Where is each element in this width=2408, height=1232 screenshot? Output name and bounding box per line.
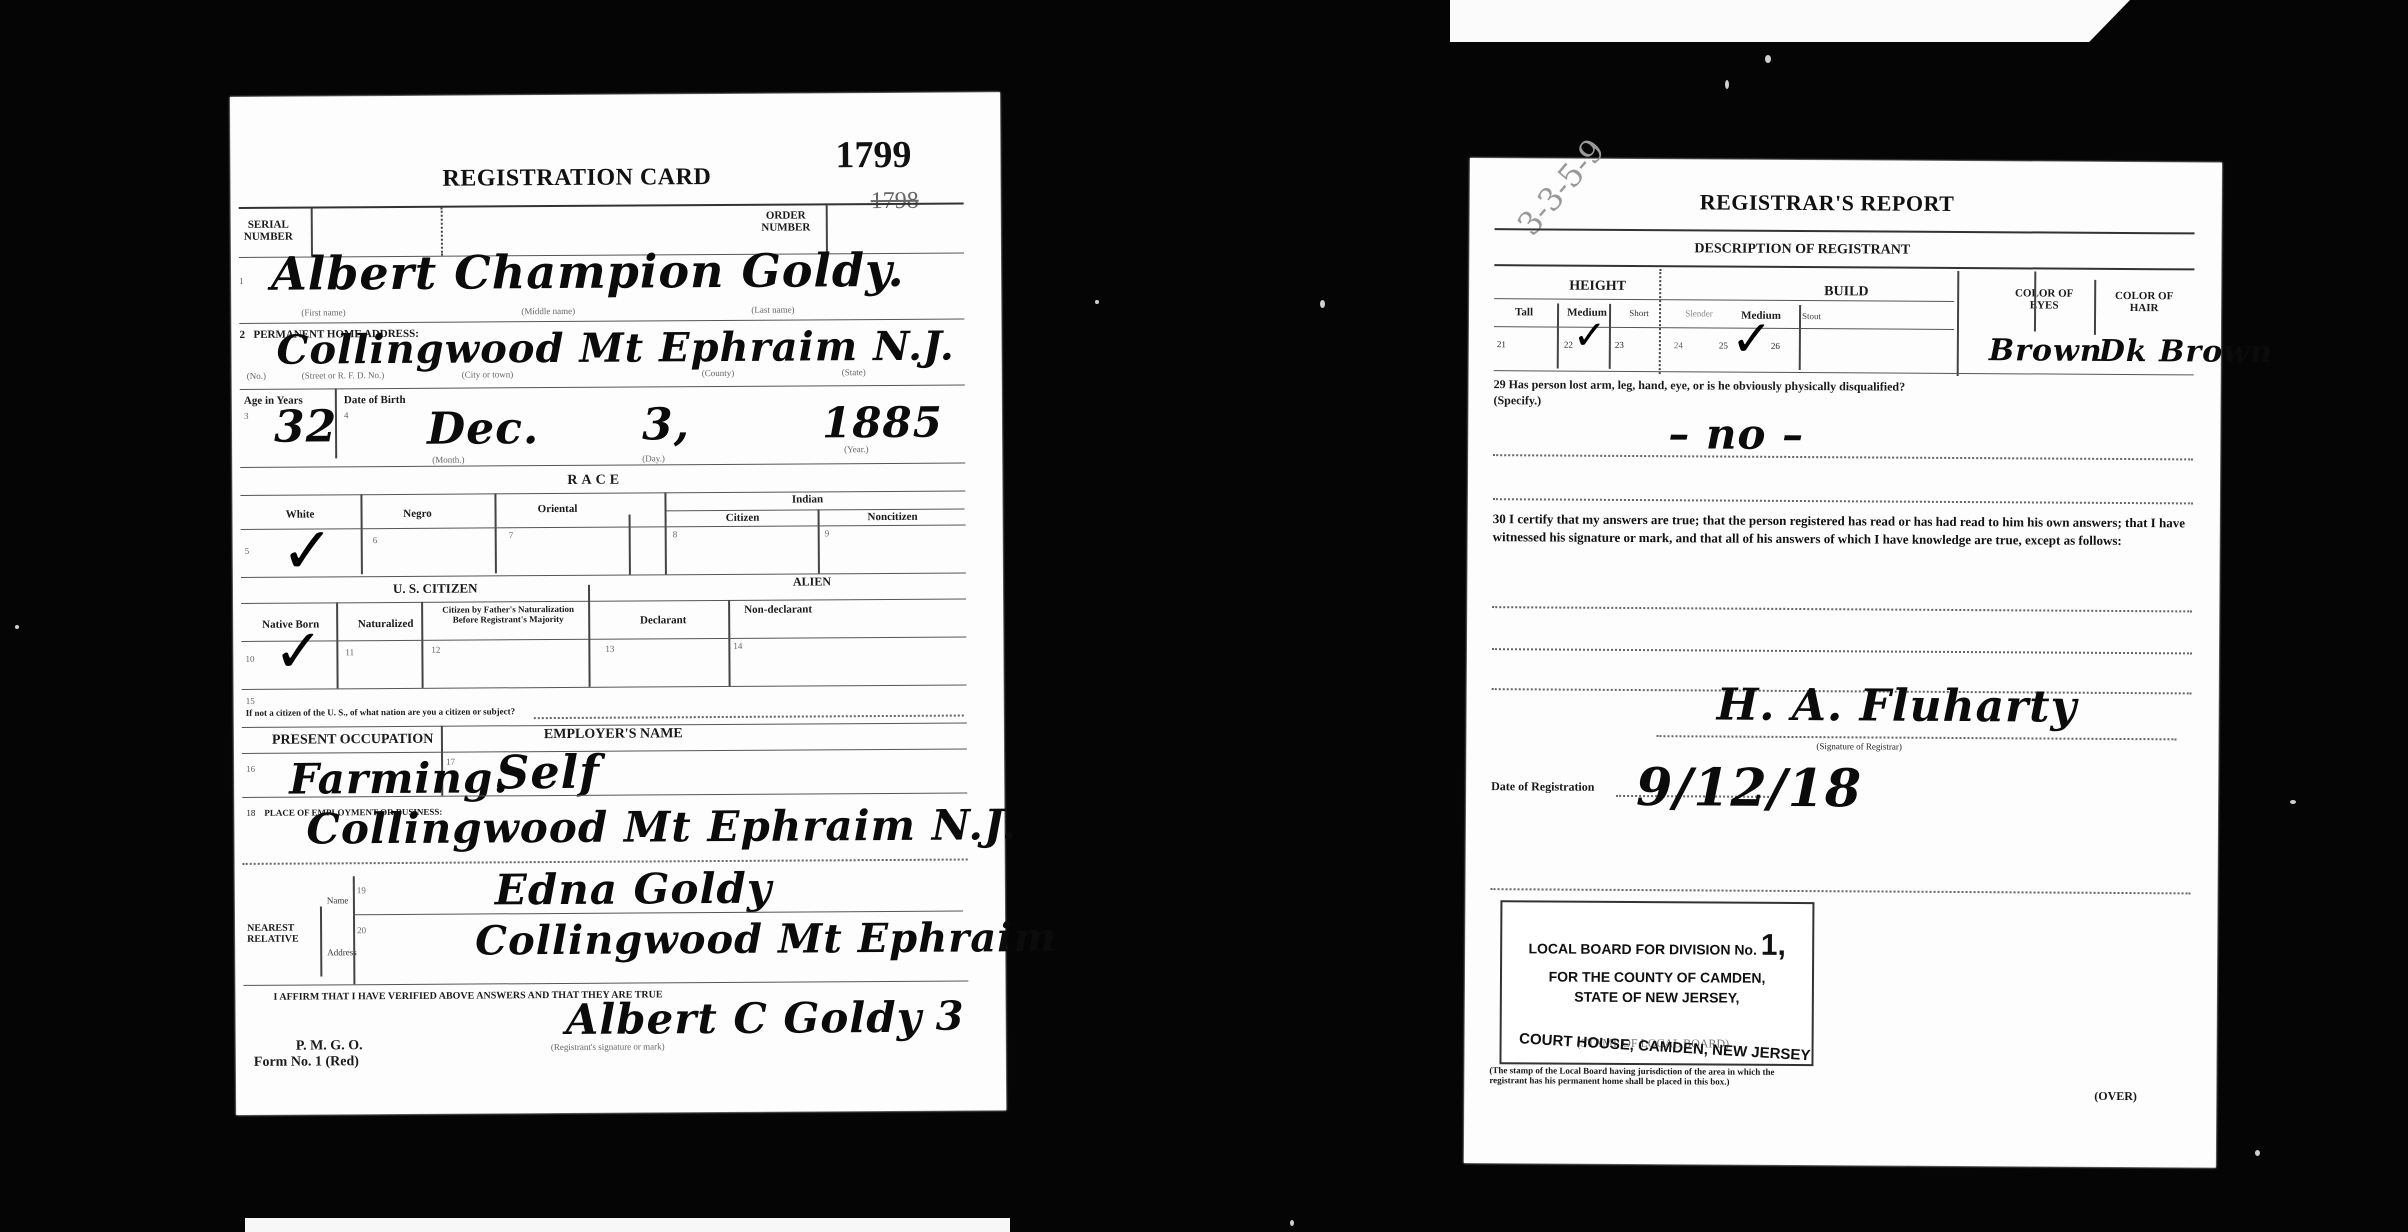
card-title: REGISTRATION CARD xyxy=(442,164,711,193)
order-number-label: ORDER NUMBER xyxy=(751,209,821,234)
form-id-line1: P. M. G. O. xyxy=(296,1038,363,1054)
occupation-label: PRESENT OCCUPATION xyxy=(272,732,434,748)
serial-number-label: SERIAL NUMBER xyxy=(241,219,296,244)
film-speck xyxy=(1765,55,1771,63)
pencil-note: 3-3-5-9 xyxy=(1510,131,1613,242)
employer-value: Self xyxy=(496,745,600,800)
hair-color-value: Dk Brown xyxy=(2099,334,2273,370)
film-speck xyxy=(2255,1150,2260,1156)
signature-mark: 3 xyxy=(935,993,964,1040)
film-speck xyxy=(1725,80,1729,89)
nearest-relative-label: NEAREST RELATIVE xyxy=(247,922,317,944)
film-speck xyxy=(1095,300,1099,304)
registrar-signature: H. A. Fluharty xyxy=(1717,680,2078,733)
build-heading: BUILD xyxy=(1824,284,1868,300)
registrant-name: Albert Champion Goldy. xyxy=(271,243,905,301)
height-heading: HEIGHT xyxy=(1569,279,1626,295)
indian-label: Indian xyxy=(732,493,882,506)
build-stout-label: Stout xyxy=(1789,312,1834,322)
date-of-registration-label: Date of Registration xyxy=(1491,780,1594,794)
form-id-line2: Form No. 1 (Red) xyxy=(254,1054,359,1070)
dob-day: 3, xyxy=(642,399,690,450)
relative-name-value: Edna Goldy xyxy=(495,864,773,915)
relative-address-value: Collingwood Mt Ephraim xyxy=(475,914,1057,965)
specify-label: (Specify.) xyxy=(1493,394,1541,407)
registrant-signature: Albert C Goldy xyxy=(565,993,922,1044)
eye-color-label: COLOR OF EYES xyxy=(2009,287,2079,312)
hair-color-label: COLOR OF HAIR xyxy=(2109,290,2179,315)
non-declarant-label: Non-declarant xyxy=(733,603,823,616)
report-title: REGISTRAR'S REPORT xyxy=(1700,189,1955,217)
film-speck xyxy=(15,625,19,629)
build-medium-checkmark: ✓ xyxy=(1731,310,1773,368)
citizen-by-father-label: Citizen by Father's Naturalization Befor… xyxy=(433,605,583,626)
place-of-employment-value: Collingwood Mt Ephraim N.J. xyxy=(306,800,1017,853)
disability-question: 29 Has person lost arm, leg, hand, eye, … xyxy=(1494,378,1906,394)
race-heading: RACE xyxy=(567,473,623,489)
declarant-label: Declarant xyxy=(613,614,713,627)
race-indian-noncitizen-label: Noncitizen xyxy=(823,511,963,524)
film-speck xyxy=(1290,1220,1294,1226)
race-oriental-label: Oriental xyxy=(512,503,602,516)
registrars-report-card: 3-3-5-9 REGISTRAR'S REPORT DESCRIPTION O… xyxy=(1464,158,2222,1168)
dob-label: Date of Birth xyxy=(344,394,406,406)
disability-value: – no – xyxy=(1668,409,1804,459)
native-born-checkmark: ✓ xyxy=(273,616,324,686)
naturalized-label: Naturalized xyxy=(343,618,428,631)
employer-label: EMPLOYER'S NAME xyxy=(544,726,683,742)
registration-card: REGISTRATION CARD 1799 1798 SERIAL NUMBE… xyxy=(230,92,1006,1115)
height-medium-checkmark: ✓ xyxy=(1573,313,1607,359)
date-of-registration-value: 9/12/18 xyxy=(1636,757,1862,819)
stamped-number: 1799 xyxy=(835,133,911,177)
dob-month: Dec. xyxy=(427,403,540,455)
height-tall-label: Tall xyxy=(1499,306,1549,318)
film-speck xyxy=(2290,800,2296,804)
film-speck xyxy=(1320,300,1325,308)
alien-heading: ALIEN xyxy=(793,575,831,588)
crossed-number: 1798 xyxy=(871,188,919,215)
relative-name-label: Name xyxy=(327,896,349,906)
stamp-instruction: (The stamp of the Local Board having jur… xyxy=(1489,1066,1809,1088)
certification-text: 30 I certify that my answers are true; t… xyxy=(1493,510,2193,549)
over-label: (OVER) xyxy=(2094,1090,2137,1103)
race-negro-label: Negro xyxy=(373,508,463,521)
eye-color-value: Brown xyxy=(1989,333,2103,369)
nationality-question: If not a citizen of the U. S., of what n… xyxy=(246,707,515,719)
home-address-value: Collingwood Mt Ephraim N.J. xyxy=(276,323,954,374)
report-subtitle: DESCRIPTION OF REGISTRANT xyxy=(1694,241,1910,258)
dob-year: 1885 xyxy=(822,398,943,448)
adjacent-card-top-edge xyxy=(1450,0,2130,42)
division-number: 1, xyxy=(1761,929,1786,962)
age-value: 32 xyxy=(274,401,338,452)
build-slender-label: Slender xyxy=(1674,309,1724,319)
height-short-label: Short xyxy=(1619,309,1659,319)
race-indian-citizen-label: Citizen xyxy=(673,511,813,524)
adjacent-card-bottom-edge xyxy=(245,1218,1010,1232)
us-citizen-heading: U. S. CITIZEN xyxy=(393,581,478,596)
